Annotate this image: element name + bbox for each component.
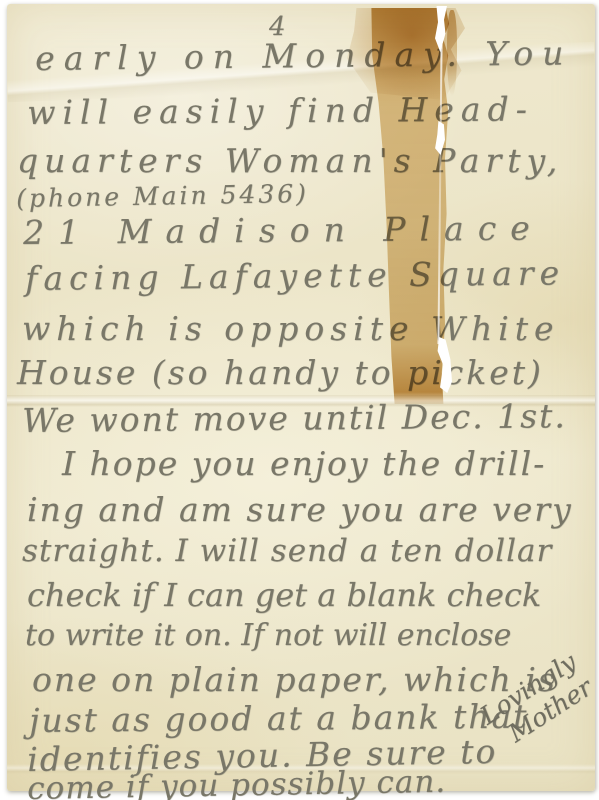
letter-line: one on plain paper, which is (32, 663, 557, 696)
letter-line: straight. I will send a ten dollar (22, 536, 552, 567)
letter-line: I hope you enjoy the drill- (62, 447, 546, 480)
letter-line: We wont move until Dec. 1st. (22, 399, 567, 437)
scanned-letter: 4 early on Monday. You will easily find … (0, 0, 599, 800)
letter-paper: 4 early on Monday. You will easily find … (7, 4, 595, 791)
letter-line: to write it on. If not will enclose (25, 621, 511, 651)
letter-line: will easily find Head- (27, 92, 534, 129)
letter-line-phone-note: (phone Main 5436) (16, 181, 309, 211)
letter-line: check if I can get a blank check (27, 579, 541, 611)
letter-line: early on Monday. You (35, 36, 573, 75)
letter-line: which is opposite White (22, 312, 560, 345)
paper-tear-line (437, 44, 442, 344)
letter-line: 21 Madison Place (23, 211, 544, 249)
letter-line: ing and am sure you are very (27, 493, 573, 526)
letter-line: House (so handy to picket) (17, 356, 544, 389)
letter-line: quarters Woman's Party, (17, 144, 563, 177)
letter-line: facing Lafayette Square (25, 256, 565, 295)
letter-line: come if you possibly can. (27, 767, 446, 800)
letter-line: just as good at a bank that (29, 700, 529, 737)
